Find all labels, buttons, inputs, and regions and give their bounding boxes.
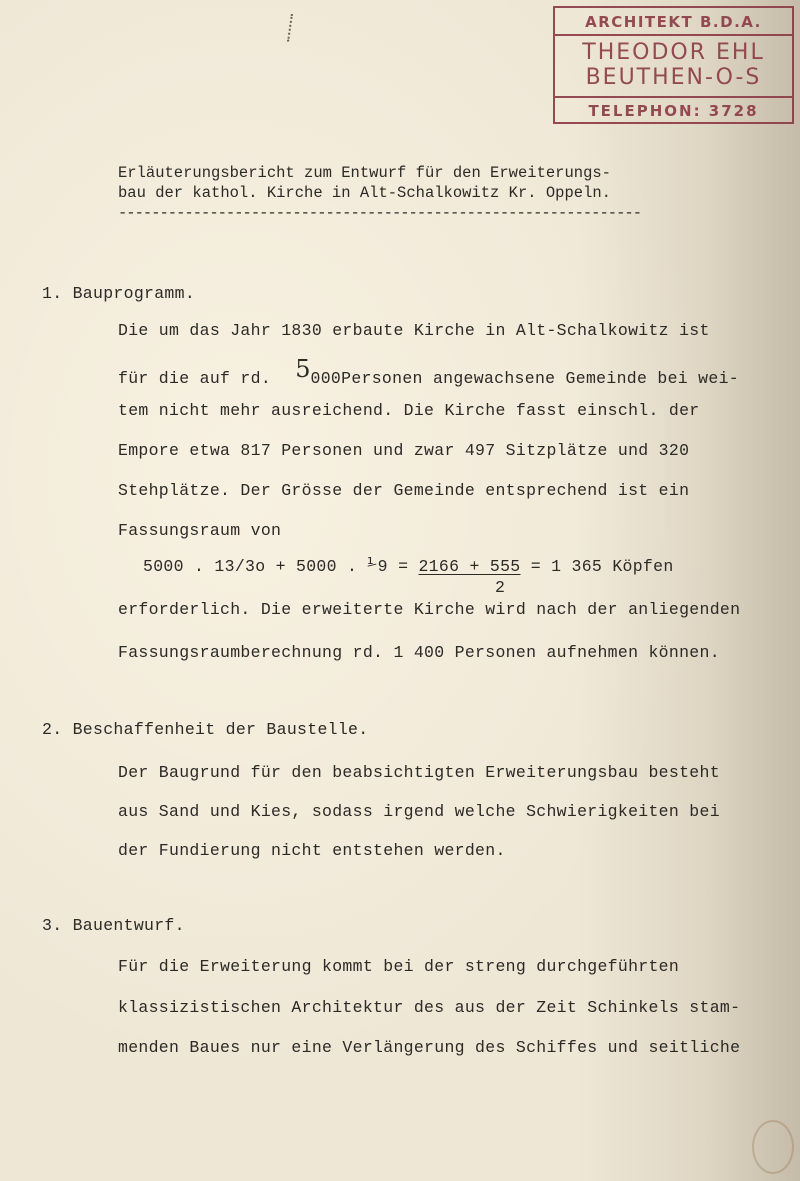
section-3-line-1: Für die Erweiterung kommt bei der streng… xyxy=(118,957,679,976)
pencil-mark xyxy=(287,14,296,42)
section-1-line-1: Die um das Jahr 1830 erbaute Kirche in A… xyxy=(118,321,710,340)
stamp-title: ARCHITEKT B.D.A. xyxy=(555,10,792,36)
document-page: ARCHITEKT B.D.A. THEODOR EHL BEUTHEN-O-S… xyxy=(0,0,800,1181)
section-1-line-3: tem nicht mehr ausreichend. Die Kirche f… xyxy=(118,401,700,420)
section-2-line-3: der Fundierung nicht entstehen werden. xyxy=(118,841,506,860)
section-heading-1: 1. Bauprogramm. xyxy=(42,284,195,303)
section-1-line-6: Fassungsraum von xyxy=(118,521,281,540)
capacity-formula: 5000 . 13/3o + 5000 . ⅟9 = 2166 + 555 = … xyxy=(143,556,674,576)
title-line-1: Erläuterungsbericht zum Entwurf für den … xyxy=(118,164,611,182)
section-1-line-4: Empore etwa 817 Personen und zwar 497 Si… xyxy=(118,441,689,460)
section-2-line-1: Der Baugrund für den beabsichtigten Erwe… xyxy=(118,763,720,782)
formula-numerator: 2166 + 555 xyxy=(418,557,520,576)
title-line-2: bau der kathol. Kirche in Alt-Schalkowit… xyxy=(118,184,611,202)
section-3-line-2: klassizistischen Architektur des aus der… xyxy=(118,998,740,1017)
stamp-phone: TELEPHON: 3728 xyxy=(555,96,792,122)
section-3-line-3: menden Baues nur eine Verlängerung des S… xyxy=(118,1038,740,1057)
stamp-name: THEODOR EHL xyxy=(555,41,792,65)
formula-denominator: 2 xyxy=(495,578,505,597)
stamp-city: BEUTHEN-O-S xyxy=(555,66,792,90)
section-1-line-2: für die auf rd. 5000Personen angewachsen… xyxy=(118,361,739,389)
section-heading-3: 3. Bauentwurf. xyxy=(42,916,185,935)
handwritten-correction: 5 xyxy=(295,355,310,383)
document-title: Erläuterungsbericht zum Entwurf für den … xyxy=(118,163,611,203)
section-heading-2: 2. Beschaffenheit der Baustelle. xyxy=(42,720,368,739)
section-1-line-5: Stehplätze. Der Grösse der Gemeinde ents… xyxy=(118,481,689,500)
section-1-line-8: Fassungsraumberechnung rd. 1 400 Persone… xyxy=(118,643,720,662)
title-underline: ----------------------------------------… xyxy=(118,204,704,222)
section-2-line-2: aus Sand und Kies, sodass irgend welche … xyxy=(118,802,720,821)
paper-stain xyxy=(752,1120,794,1174)
architect-stamp: ARCHITEKT B.D.A. THEODOR EHL BEUTHEN-O-S… xyxy=(553,6,794,124)
section-1-line-7: erforderlich. Die erweiterte Kirche wird… xyxy=(118,600,740,619)
